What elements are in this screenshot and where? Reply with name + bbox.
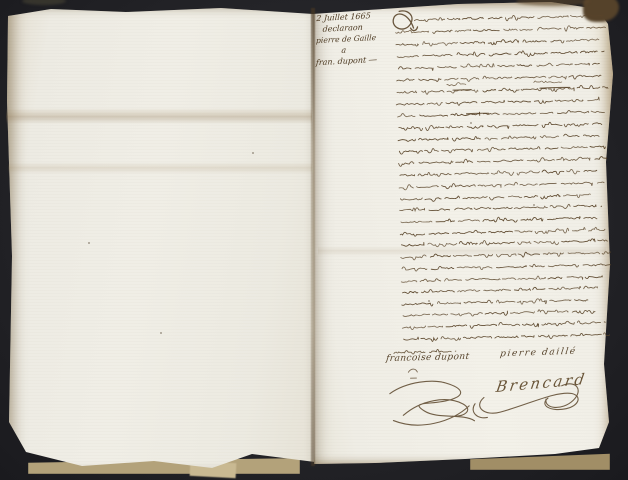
ink-speck	[428, 300, 430, 302]
paper-speck	[252, 152, 254, 154]
book-spine-fold	[311, 8, 315, 466]
ink-speck	[544, 300, 546, 302]
right-page	[313, 2, 615, 464]
paper-speck	[160, 332, 162, 334]
paper-texture	[313, 2, 615, 464]
ink-speck	[470, 122, 472, 124]
edge-stain	[22, 0, 66, 5]
paper-texture	[6, 6, 315, 474]
ink-speck	[533, 204, 535, 206]
manuscript-photo: 2 Juillet 1665 declaraon pierre de Gaill…	[0, 0, 628, 480]
left-page	[6, 6, 315, 474]
margin-note: 2 Juillet 1665 declaraon pierre de Gaill…	[314, 9, 401, 69]
paper-speck	[88, 242, 90, 244]
binding-damage-stain	[583, 0, 619, 22]
